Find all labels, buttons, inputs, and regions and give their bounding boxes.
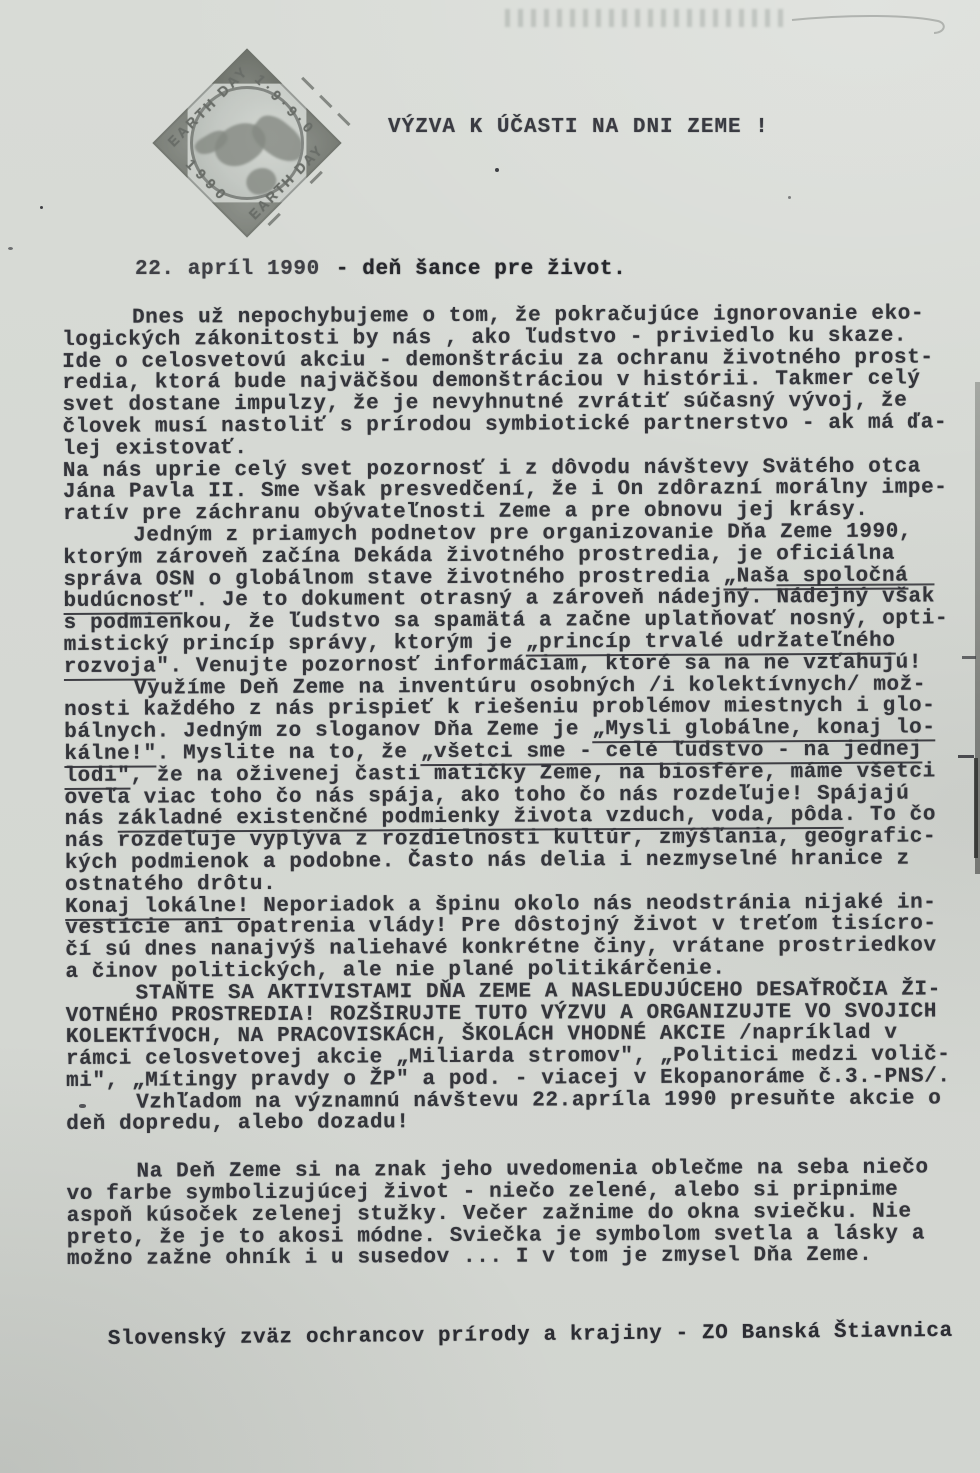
paragraph: Na Deň Zeme si na znak jeho uvedomenia o… bbox=[66, 1157, 979, 1271]
paragraph: Využíme Deň Zeme na inventúru osobných /… bbox=[64, 674, 977, 897]
paragraph: STAŇTE SA AKTIVISTAMI DŇA ZEME A NASLEDU… bbox=[66, 979, 979, 1093]
scan-speck bbox=[40, 206, 43, 209]
document-sheet: EARTH DAY 1·9·9·0 1990 EARTH DAY VÝZVA K… bbox=[0, 0, 980, 1473]
document-body: Dnes už nepochybujeme o tom, že pokračuj… bbox=[62, 303, 979, 1271]
stamp-tick bbox=[337, 113, 350, 126]
signature-line: Slovenský zväz ochrancov prírody a kraji… bbox=[108, 1320, 953, 1351]
paragraph: Dnes už nepochybujeme o tom, že pokračuj… bbox=[62, 303, 975, 460]
paragraph: Konaj lokálne! Neporiadok a špinu okolo … bbox=[65, 892, 977, 984]
date-heading: 22. apríl 1990- deň šance pre život. bbox=[135, 258, 626, 281]
text-line: človek musí nastoliť s prírodou symbioti… bbox=[63, 412, 975, 439]
text-line: Vzhľadom na významnú návštevu 22.apríla … bbox=[66, 1088, 978, 1115]
scan-speck bbox=[788, 196, 791, 199]
scan-speck bbox=[79, 1104, 86, 1108]
paragraph: Na nás uprie celý svet pozornosť i z dôv… bbox=[63, 456, 975, 526]
scan-speck bbox=[8, 247, 13, 250]
stamp-tick bbox=[319, 95, 332, 108]
ink-bleed-line bbox=[500, 0, 970, 44]
scan-artifact-right-edge bbox=[974, 758, 978, 858]
scan-speck bbox=[495, 168, 499, 172]
text-line: deň dopredu, alebo dozadu! bbox=[66, 1110, 978, 1137]
date-text: 22. apríl 1990 bbox=[135, 258, 320, 281]
paragraph: Jedným z priamych podnetov pre organizov… bbox=[63, 521, 976, 678]
earth-day-stamp: EARTH DAY 1·9·9·0 1990 EARTH DAY bbox=[150, 48, 345, 240]
page-title: VÝZVA K ÚČASTI NA DNI ZEME ! bbox=[388, 116, 769, 139]
text-line: možno zažne ohník i u susedov ... I v to… bbox=[67, 1245, 979, 1272]
text-line: kých podmienok a podobne. Často nás deli… bbox=[65, 848, 977, 875]
scan-artifact-tick bbox=[962, 656, 976, 659]
stamp-tick bbox=[301, 77, 314, 90]
paragraph: Vzhľadom na významnú návštevu 22.apríla … bbox=[66, 1088, 978, 1136]
date-slogan: - deň šance pre život. bbox=[336, 258, 626, 281]
globe-icon bbox=[166, 62, 327, 223]
scan-artifact-tick bbox=[958, 755, 974, 758]
